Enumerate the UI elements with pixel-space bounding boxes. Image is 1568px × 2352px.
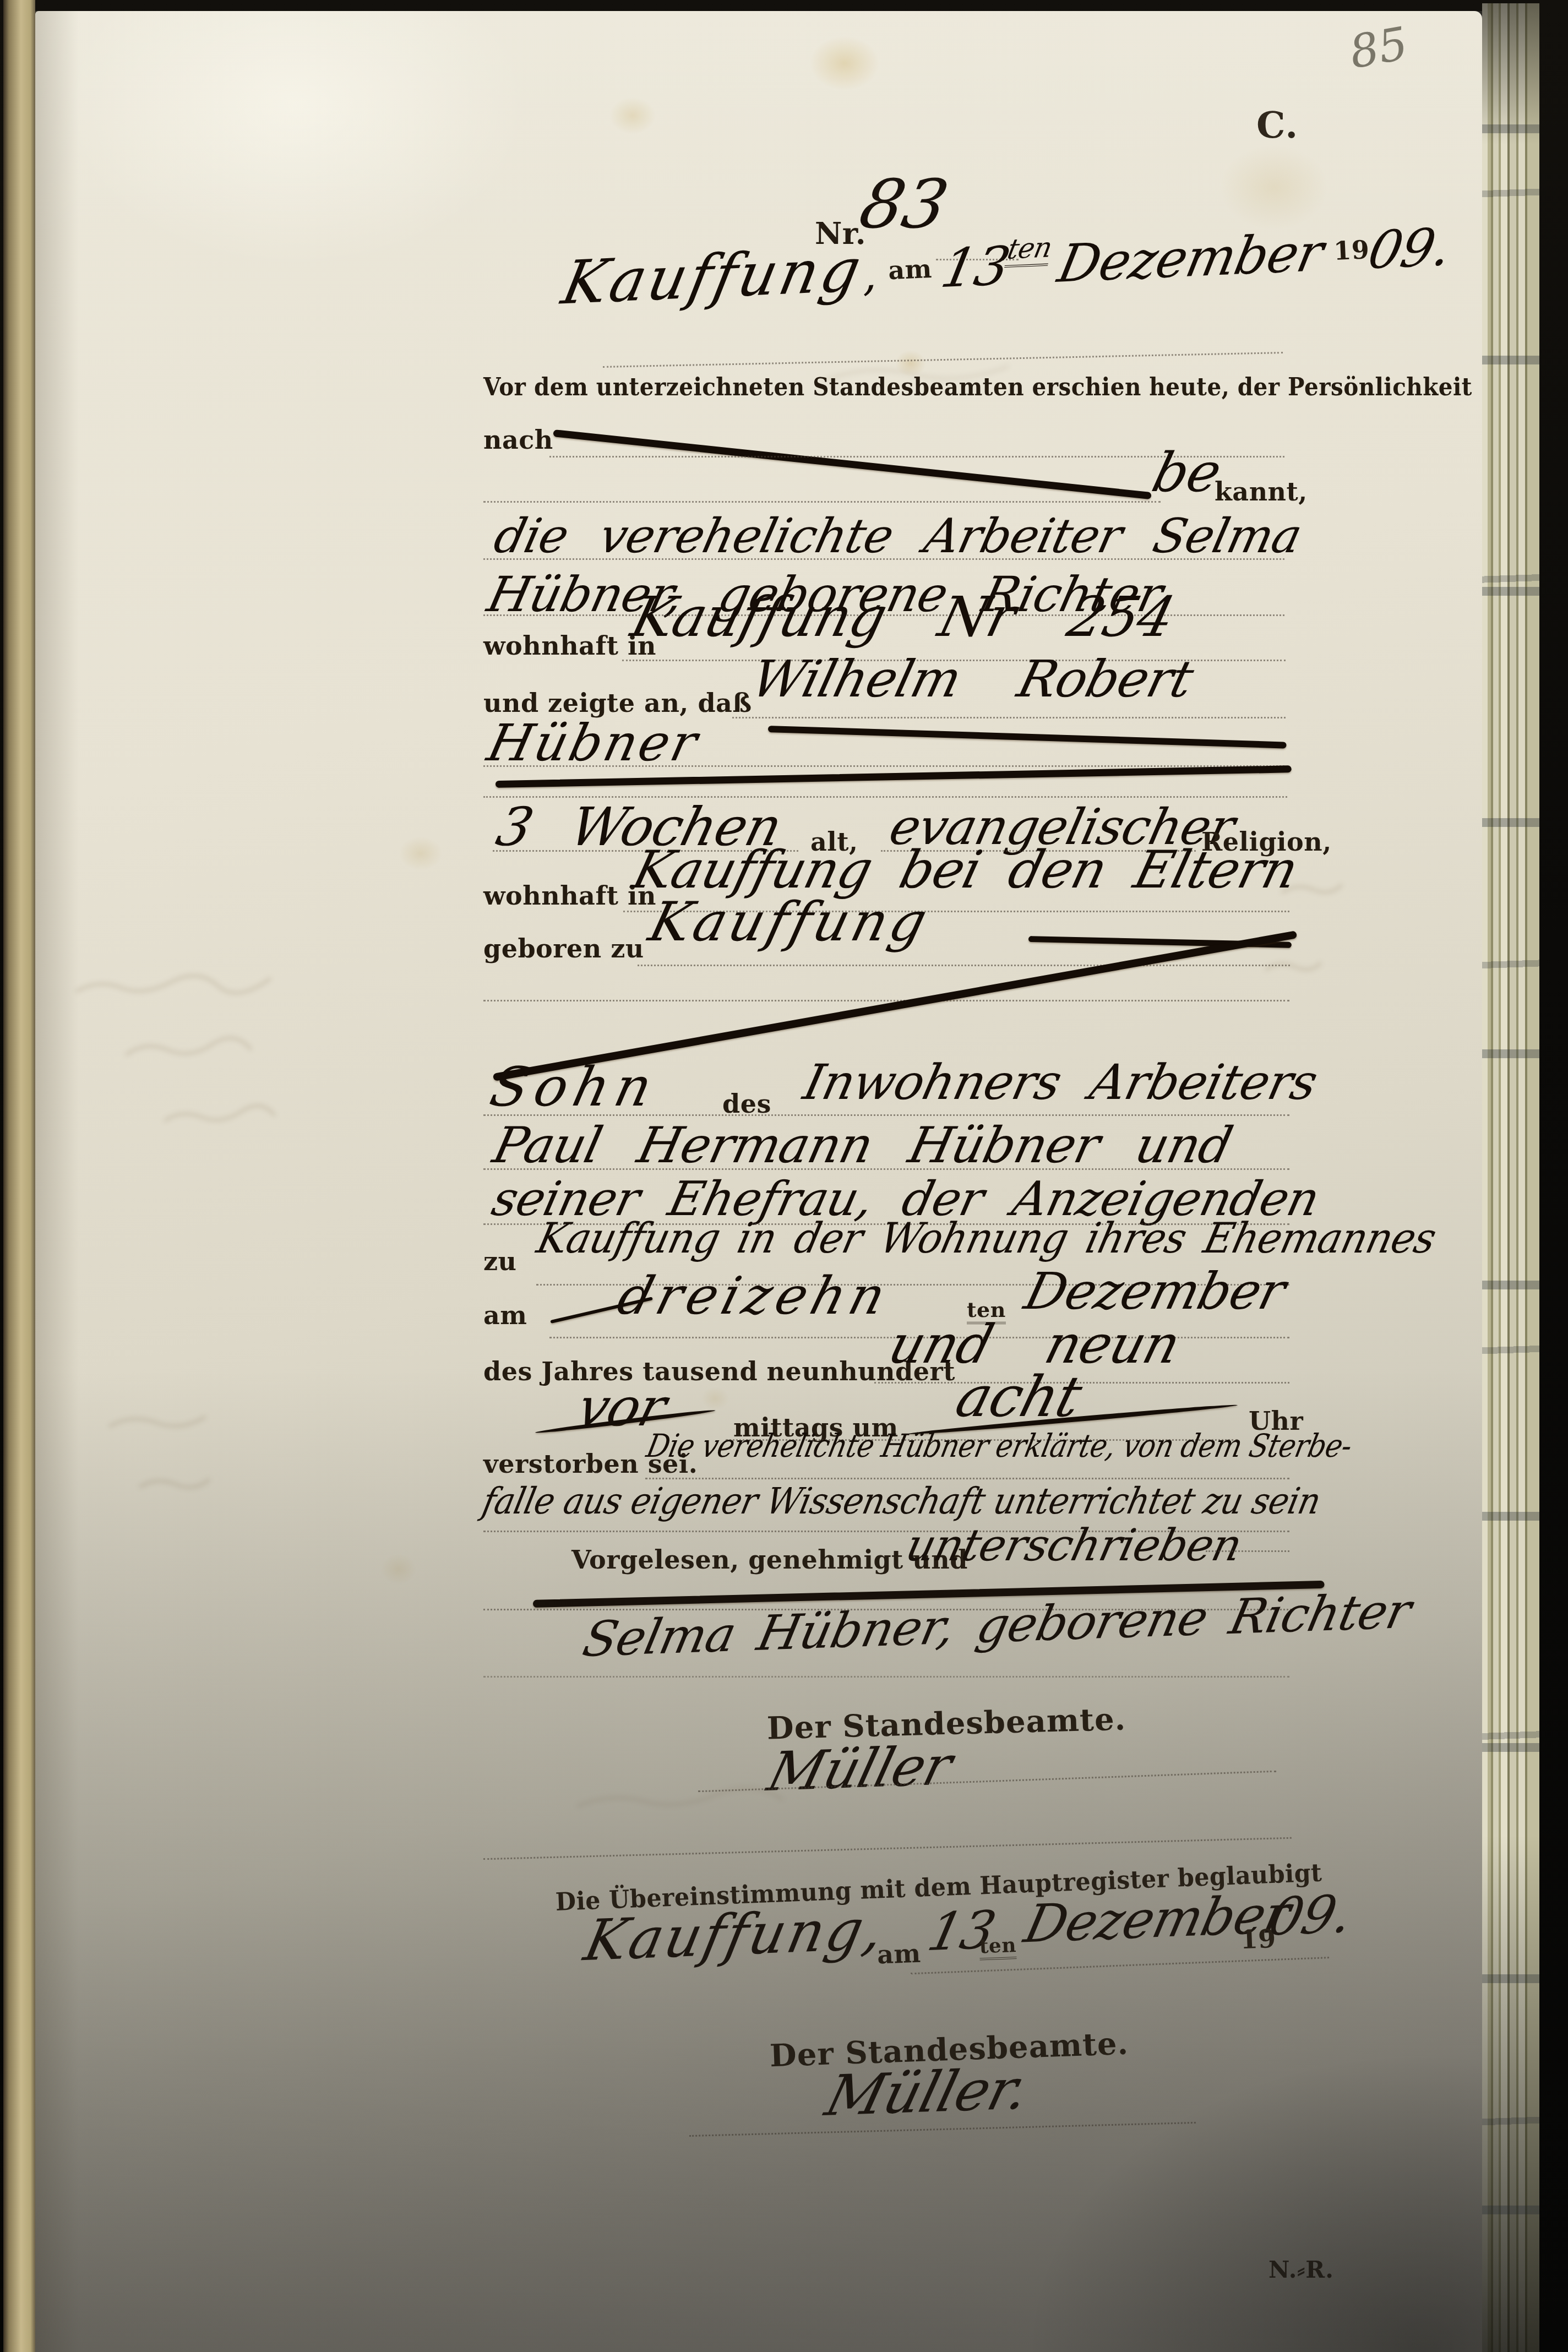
dotted-line-father (483, 1168, 1289, 1170)
dotted-line-declarant1 (483, 558, 1284, 560)
label-zu: zu (483, 1246, 517, 1276)
dotted-line-name-row (483, 765, 1284, 767)
dotted-line-son (483, 1114, 1289, 1116)
dotted-line-deceased1 (732, 717, 1286, 718)
head-day: 13 (936, 235, 1015, 300)
closing-value: unterschrieben (901, 1520, 1246, 1571)
death-month-value: Dezember (1019, 1262, 1291, 1321)
statement-line1: Die verehelichte Hübner erklärte, von de… (644, 1427, 1355, 1464)
deceased-name-part1: Wilhelm Robert (746, 650, 1199, 709)
footer-mark: N.⸗R. (1268, 2256, 1334, 2284)
deceased-name-part2: Hübner (482, 714, 705, 772)
head-month: Dezember (1053, 222, 1329, 295)
registrar-signature-2: Müller. (819, 2056, 1035, 2128)
label-geboren-zu: geboren zu (483, 934, 644, 963)
page-stack-flecks (1482, 3, 1539, 2352)
register-book-photo: 85 C. Nr. 83 Kauffung, am 13ten Dezember… (0, 0, 1568, 2352)
registrar-signature-1: Müller (761, 1735, 958, 1804)
head-place: Kauffung (556, 236, 869, 318)
certification-block: Die Übereinstimmung mit dem Hauptregiste… (555, 1857, 1342, 2030)
dotted-line-born (638, 965, 1290, 966)
cert-place: Kauffung, (579, 1897, 891, 1974)
record-number-value: 83 (853, 165, 954, 243)
label-am: am (483, 1300, 527, 1330)
cert-am-label: am (876, 1939, 921, 1970)
dotted-line-empty (483, 1000, 1289, 1001)
father-status: Inwohners Arbeiters (798, 1054, 1322, 1110)
cert-year-written: 09. (1264, 1884, 1358, 1948)
father-name: Paul Hermann Hübner und (488, 1117, 1238, 1174)
statement-line2: falle aus eigener Wissenschaft unterrich… (479, 1480, 1324, 1522)
cert-day-suffix: ten (979, 1934, 1017, 1961)
printed-intro-line: Vor dem unterzeichneten Standesbeamten e… (483, 373, 1472, 401)
section-letter: C. (1256, 104, 1298, 146)
son-word: Sohn (484, 1056, 665, 1119)
book-spine-edge (3, 0, 35, 2352)
bekannt-printed-suffix: kannt, (1215, 477, 1308, 507)
death-place-value: Kauffung in der Wohnung ihres Ehemannes (532, 1213, 1440, 1262)
residence-value: Kauffung Nr 254 (625, 585, 1180, 649)
head-year-written: 09. (1363, 217, 1456, 281)
dotted-line-blank-1b (483, 501, 1161, 503)
head-year-printed: 19 (1333, 235, 1370, 266)
label-nach: nach (483, 425, 553, 455)
declarant-line1: die verehelichte Arbeiter Selma (489, 509, 1306, 564)
folio-number: 85 (1346, 18, 1412, 79)
dotted-line-closing (1206, 1550, 1289, 1552)
death-day-value: dreizehn (611, 1266, 896, 1326)
born-value: Kauffung (643, 891, 937, 954)
dotted-line-statement1 (645, 1478, 1289, 1479)
head-am-label: am (888, 254, 933, 285)
head-day-suffix: ten (1004, 231, 1055, 268)
dotted-line-under-signature (483, 1676, 1289, 1678)
